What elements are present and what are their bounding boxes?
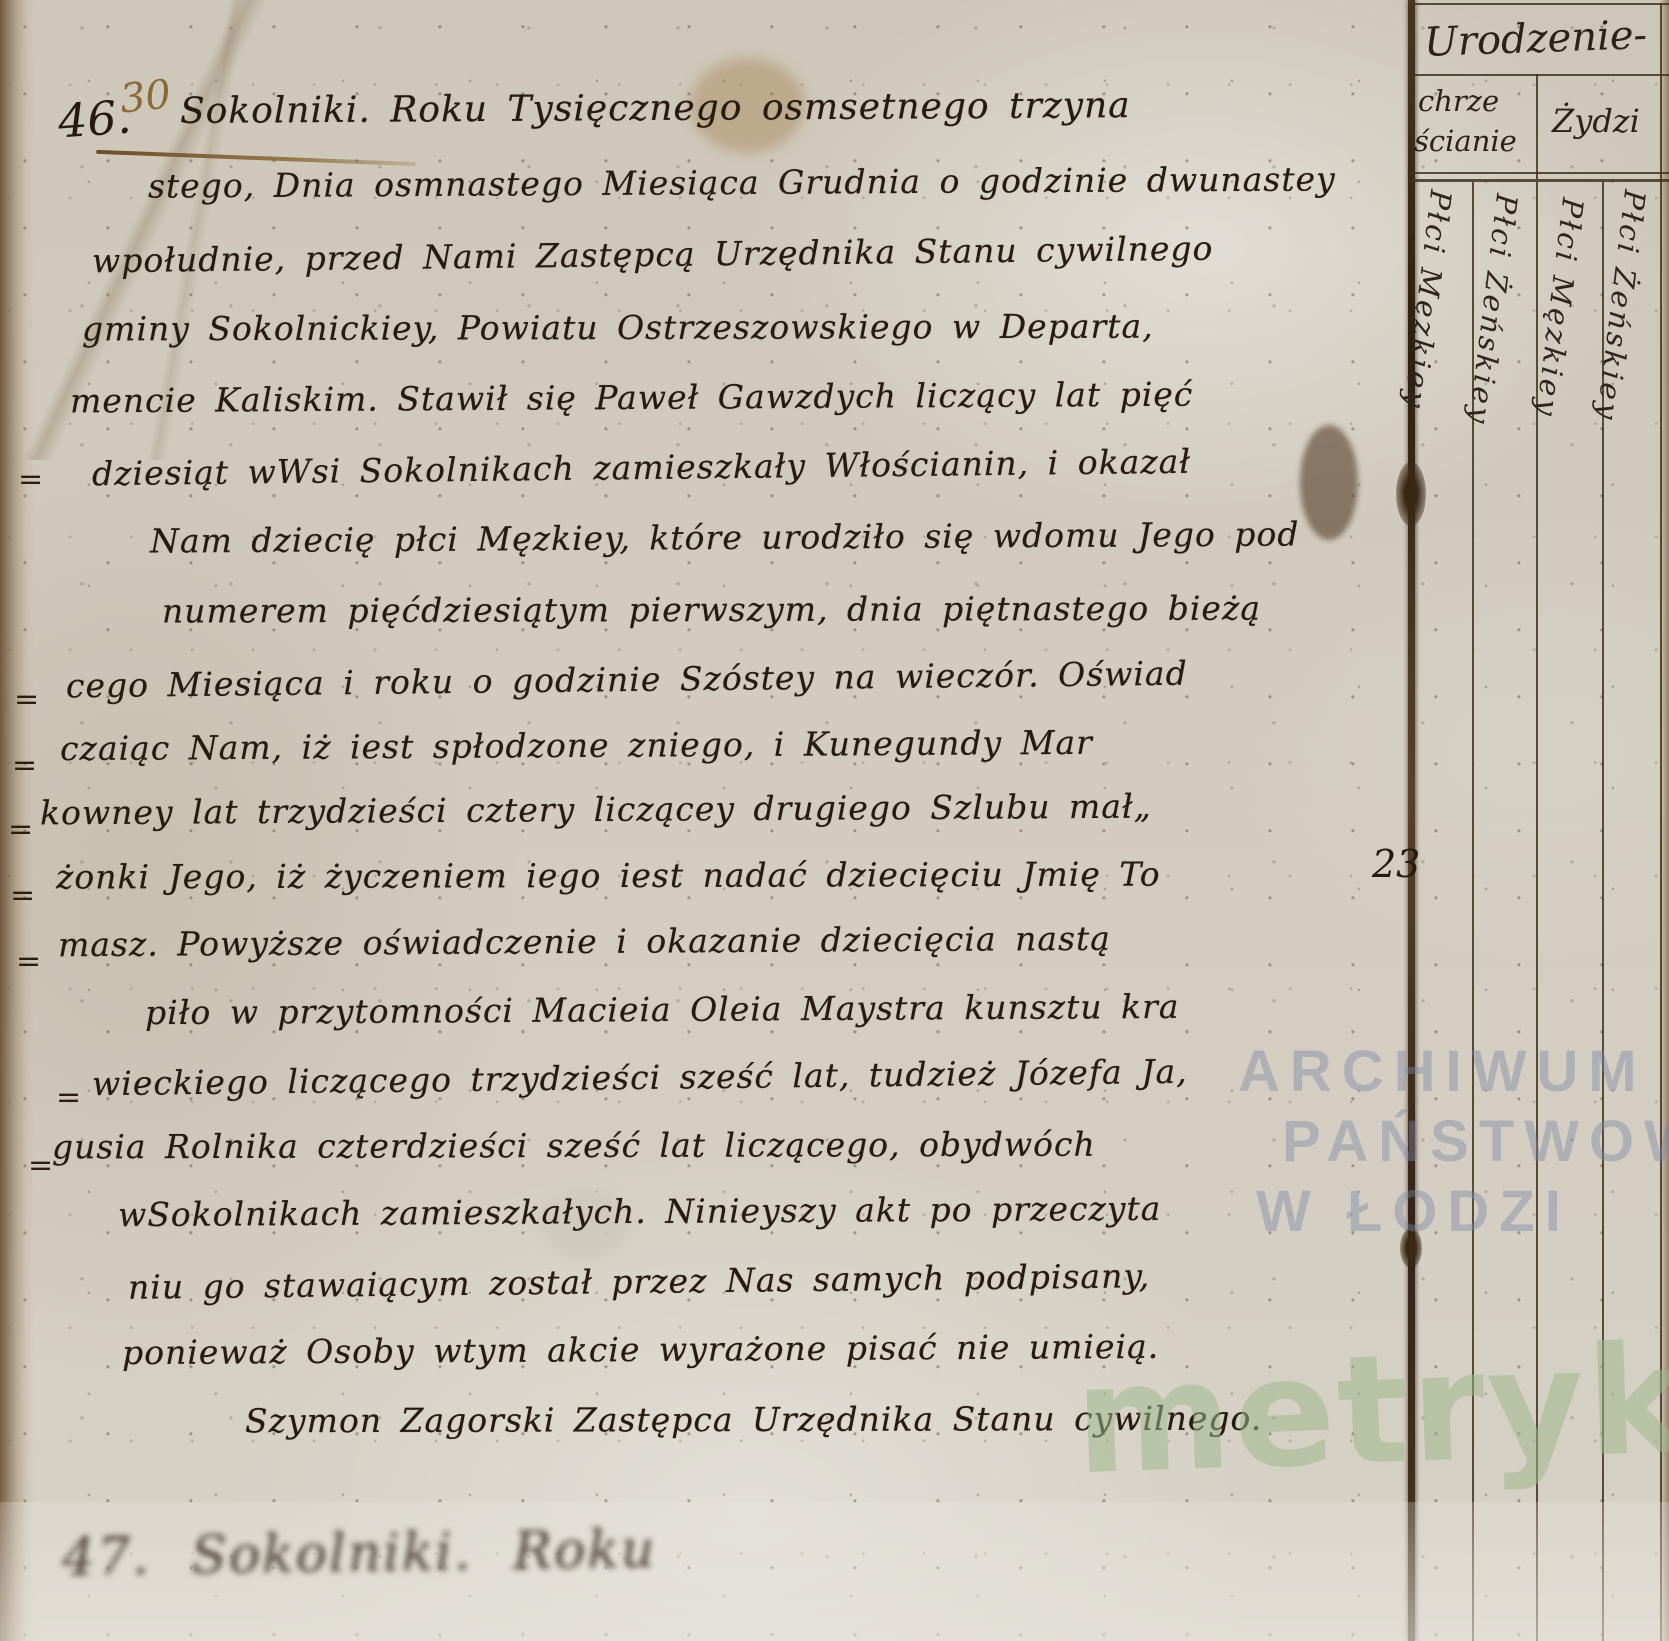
act-text-line: masz. Powyższe oświadczenie i okazanie d…	[58, 919, 1111, 964]
continuation-mark: =	[56, 1080, 81, 1115]
act-text-line: numerem pięćdziesiątym pierwszym, dnia p…	[162, 589, 1261, 631]
archive-watermark-line2: PAŃSTWOWE	[1282, 1108, 1669, 1175]
continuation-mark: =	[10, 878, 35, 913]
act-text-line: niu go stawaiącym został przez Nas samyc…	[128, 1256, 1151, 1307]
act-text-line: gusia Rolnika czterdzieści sześć lat lic…	[52, 1125, 1096, 1167]
act-text-line: ponieważ Osoby wtym akcie wyrażone pisać…	[122, 1327, 1159, 1372]
column-header-christians-line2: ścianie	[1414, 124, 1517, 158]
act-text-line: mencie Kaliskim. Stawił się Paweł Gawzdy…	[70, 375, 1194, 421]
column-header-jews: Żydzi	[1552, 102, 1640, 140]
act-text-line: żonki Jego, iż życzeniem iego iest nadać…	[56, 855, 1161, 897]
table-rule-header-a	[1410, 172, 1669, 174]
table-title: Urodzenie-	[1423, 12, 1647, 66]
act-text-line: Nam dziecię płci Męzkiey, które urodziło…	[150, 514, 1300, 560]
margin-number: 23	[1372, 842, 1420, 886]
subcolumn-label-male: Płci Męzkiey	[1529, 196, 1590, 421]
archive-watermark-line3: W ŁODZI	[1256, 1178, 1571, 1245]
subcolumn-label-male: Płci Męzkiey	[1397, 188, 1458, 413]
act-text-line: wSokolnikach zamieszkałych. Ninieyszy ak…	[118, 1189, 1162, 1234]
continuation-mark: =	[14, 682, 39, 717]
column-header-christians-line1: chrze	[1418, 84, 1499, 118]
ink-stain	[1300, 425, 1358, 540]
continuation-mark: =	[18, 462, 43, 497]
table-rule-top	[1410, 3, 1669, 5]
continuation-mark: =	[28, 1148, 53, 1183]
table-rule-under-title	[1410, 74, 1669, 76]
table-rule-header-b	[1410, 179, 1669, 182]
act-text-line: kowney lat trzydzieści cztery liczącey d…	[40, 787, 1152, 833]
act-text-line: wieckiego liczącego trzydzieści sześć la…	[92, 1052, 1188, 1103]
continuation-mark: =	[12, 748, 37, 783]
act-text-line: gminy Sokolnickiey, Powiatu Ostrzeszowsk…	[82, 307, 1154, 349]
next-entry-partial: 47. Sokolniki. Roku	[62, 1520, 657, 1588]
act-text-line: czaiąc Nam, iż iest spłodzone zniego, i …	[60, 723, 1093, 768]
ink-blot	[1396, 462, 1426, 526]
act-number-correction: 30	[118, 71, 173, 122]
act-text-line: Sokolniki. Roku Tysięcznego osmsetnego t…	[180, 85, 1131, 132]
manuscript-page: 46. 30 Sokolniki. Roku Tysięcznego osmse…	[0, 0, 1669, 1641]
site-watermark: metryki.ge	[1072, 1302, 1669, 1509]
table-rule-header-mid	[1536, 74, 1538, 179]
continuation-mark: =	[16, 944, 41, 979]
act-text-line: cego Miesiąca i roku o godzinie Szóstey …	[66, 654, 1188, 706]
act-text-line: piło w przytomności Macieia Oleia Maystr…	[145, 987, 1180, 1032]
subcolumn-label-female: Płci Żeńskiey	[1590, 188, 1652, 424]
act-text-line: stego, Dnia osmnastego Miesiąca Grudnia …	[148, 159, 1336, 205]
archive-watermark-line1: ARCHIWUM	[1238, 1038, 1647, 1105]
continuation-mark: =	[8, 812, 33, 847]
